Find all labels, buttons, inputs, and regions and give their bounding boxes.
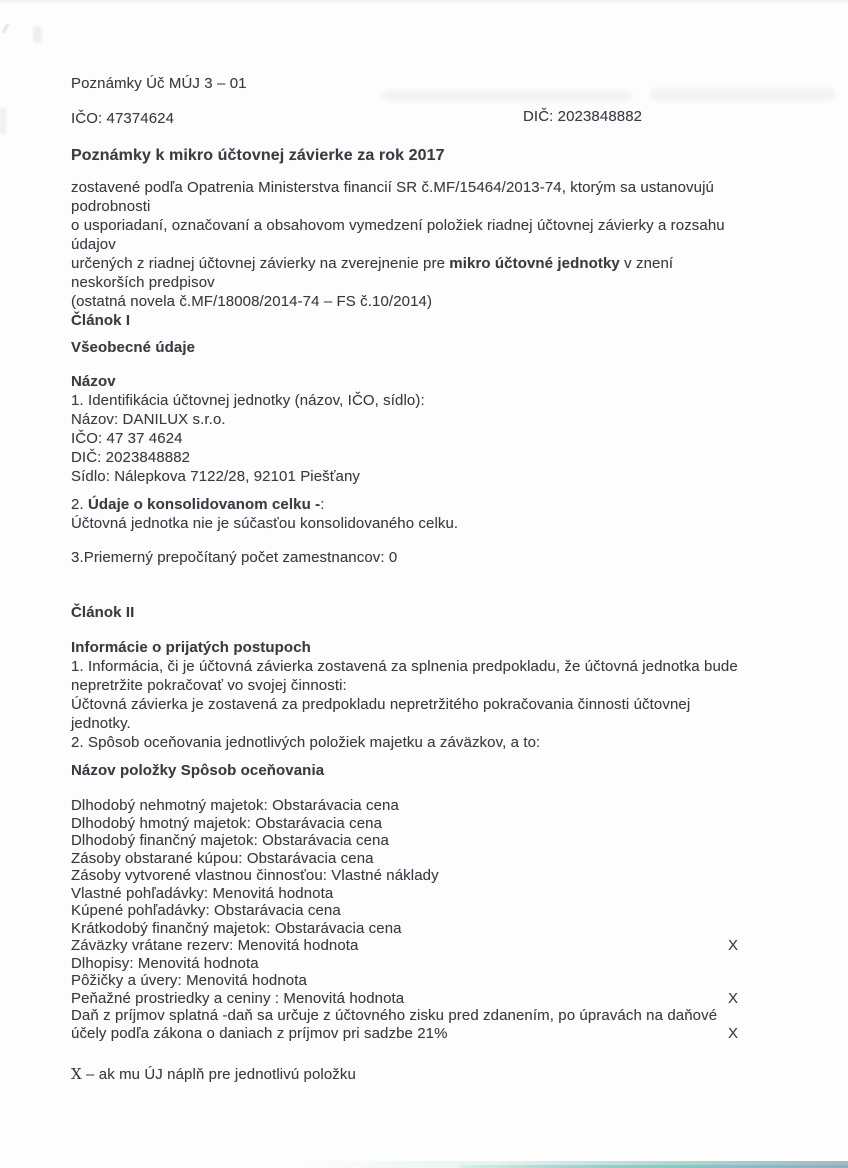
employees-line: 3.Priemerný prepočítaný počet zamestnanc… <box>71 548 841 567</box>
intro-line-segment: v znení <box>620 255 673 272</box>
valuation-row: Zásoby vytvorené vlastnou činnosťou: Vla… <box>71 867 841 885</box>
valuation-row-text: Vlastné pohľadávky: Menovitá hodnota <box>71 885 333 902</box>
scan-artifact-pencil-mark <box>2 23 10 34</box>
document-content: Poznámky Úč MÚJ 3 – 01 IČO: 47374624 DIČ… <box>71 0 841 1084</box>
valuation-row: Krátkodobý finančný majetok: Obstarávaci… <box>71 920 841 938</box>
consolidation-heading: 2. Údaje o konsolidovanom celku -: <box>71 495 841 514</box>
intro-line: (ostatná novela č.MF/18008/2014-74 – FS … <box>71 292 841 311</box>
footnote-text: – ak mu ÚJ náplň pre jednotlivú položku <box>82 1066 356 1083</box>
valuation-row-text: Peňažné prostriedky a ceniny : Menovitá … <box>71 990 404 1007</box>
procedures-block: 1. Informácia, či je účtovná závierka zo… <box>71 657 841 752</box>
intro-paragraph: zostavené podľa Opatrenia Ministerstva f… <box>71 178 841 330</box>
article-2-heading: Článok II <box>71 603 841 622</box>
identification-line: DIČ: 2023848882 <box>71 448 841 467</box>
valuation-row: Dlhopisy: Menovitá hodnota <box>71 955 841 973</box>
valuation-row: účely podľa zákona o daniach z príjmov p… <box>71 1025 841 1043</box>
valuation-row: Peňažné prostriedky a ceniny : Menovitá … <box>71 990 841 1008</box>
valuation-row-text: Daň z príjmov splatná -daň sa určuje z ú… <box>71 1007 717 1024</box>
intro-line: podrobnosti <box>71 197 841 216</box>
valuation-heading: Názov položky Spôsob oceňovania <box>71 761 841 780</box>
article-1-heading: Článok I <box>71 311 841 330</box>
valuation-row-text: Zásoby vytvorené vlastnou činnosťou: Vla… <box>71 867 439 884</box>
valuation-list: Dlhodobý nehmotný majetok: Obstarávacia … <box>71 797 841 1042</box>
scan-artifact-bottom-edge <box>0 1161 848 1168</box>
form-id: Poznámky Úč MÚJ 3 – 01 <box>71 74 841 93</box>
id-row: IČO: 47374624 DIČ: 2023848882 <box>71 109 841 128</box>
item2-bold: Údaje o konsolidovanom celku - <box>88 496 320 513</box>
procedures-line: 2. Spôsob oceňovania jednotlivých položi… <box>71 733 841 752</box>
general-section-heading: Všeobecné údaje <box>71 338 841 357</box>
procedures-line: 1. Informácia, či je účtovná závierka zo… <box>71 657 841 676</box>
procedures-line: jednotky. <box>71 714 841 733</box>
scan-artifact-pencil-mark <box>33 26 42 43</box>
valuation-row-text: Kúpené pohľadávky: Obstarávacia cena <box>71 902 341 919</box>
valuation-row: Pôžičky a úvery: Menovitá hodnota <box>71 972 841 990</box>
valuation-row: Dlhodobý hmotný majetok: Obstarávacia ce… <box>71 815 841 833</box>
intro-line: neskorších predpisov <box>71 273 841 292</box>
valuation-row-text: Dlhodobý nehmotný majetok: Obstarávacia … <box>71 797 399 814</box>
valuation-row-text: Dlhodobý finančný majetok: Obstarávacia … <box>71 832 389 849</box>
intro-line: určených z riadnej účtovnej závierky na … <box>71 254 841 273</box>
item2-suffix: : <box>320 496 324 513</box>
scan-artifact-left-edge <box>0 108 6 134</box>
identification-line: Názov: DANILUX s.r.o. <box>71 410 841 429</box>
valuation-row: Záväzky vrátane rezerv: Menovitá hodnota… <box>71 937 841 955</box>
valuation-row-text: Krátkodobý finančný majetok: Obstarávaci… <box>71 920 402 937</box>
consolidation-block: 2. Údaje o konsolidovanom celku -: Účtov… <box>71 495 841 533</box>
valuation-row: Dlhodobý finančný majetok: Obstarávacia … <box>71 832 841 850</box>
footnote-x-symbol: X <box>71 1065 82 1083</box>
document-title: Poznámky k mikro účtovnej závierke za ro… <box>71 146 841 166</box>
intro-line-bold-segment: mikro účtovné jednotky <box>449 255 620 272</box>
footnote: X – ak mu ÚJ náplň pre jednotlivú položk… <box>71 1065 841 1084</box>
intro-line: zostavené podľa Opatrenia Ministerstva f… <box>71 178 841 197</box>
valuation-row: Zásoby obstarané kúpou: Obstarávacia cen… <box>71 850 841 868</box>
identification-line: IČO: 47 37 4624 <box>71 429 841 448</box>
item2-prefix: 2. <box>71 496 88 513</box>
consolidation-text: Účtovná jednotka nie je súčasťou konsoli… <box>71 514 841 533</box>
valuation-row-text: účely podľa zákona o daniach z príjmov p… <box>71 1025 448 1042</box>
procedures-line: Účtovná závierka je zostavená za predpok… <box>71 695 841 714</box>
scanned-document-page: Poznámky Úč MÚJ 3 – 01 IČO: 47374624 DIČ… <box>0 0 848 1168</box>
intro-line: údajov <box>71 235 841 254</box>
x-marker: X <box>728 1025 738 1043</box>
valuation-row: Dlhodobý nehmotný majetok: Obstarávacia … <box>71 797 841 815</box>
valuation-row-text: Zásoby obstarané kúpou: Obstarávacia cen… <box>71 850 374 867</box>
identification-block: Názov 1. Identifikácia účtovnej jednotky… <box>71 372 841 486</box>
x-marker: X <box>728 937 738 955</box>
dic-value: DIČ: 2023848882 <box>523 107 642 126</box>
valuation-row-text: Dlhopisy: Menovitá hodnota <box>71 955 259 972</box>
x-marker: X <box>728 990 738 1008</box>
intro-line-segment: určených z riadnej účtovnej závierky na … <box>71 255 449 272</box>
valuation-row-text: Dlhodobý hmotný majetok: Obstarávacia ce… <box>71 815 382 832</box>
procedures-heading: Informácie o prijatých postupoch <box>71 638 841 657</box>
intro-line: o usporiadaní, označovaní a obsahovom vy… <box>71 216 841 235</box>
nazov-heading: Názov <box>71 372 841 391</box>
valuation-row-text: Záväzky vrátane rezerv: Menovitá hodnota <box>71 937 358 954</box>
valuation-row-text: Pôžičky a úvery: Menovitá hodnota <box>71 972 307 989</box>
valuation-row: Vlastné pohľadávky: Menovitá hodnota <box>71 885 841 903</box>
identification-line: Sídlo: Nálepkova 7122/28, 92101 Piešťany <box>71 467 841 486</box>
identification-line: 1. Identifikácia účtovnej jednotky (názo… <box>71 391 841 410</box>
valuation-row: Daň z príjmov splatná -daň sa určuje z ú… <box>71 1007 841 1025</box>
ico-value: IČO: 47374624 <box>71 110 174 127</box>
valuation-row: Kúpené pohľadávky: Obstarávacia cena <box>71 902 841 920</box>
procedures-line: nepretržite pokračovať vo svojej činnost… <box>71 676 841 695</box>
